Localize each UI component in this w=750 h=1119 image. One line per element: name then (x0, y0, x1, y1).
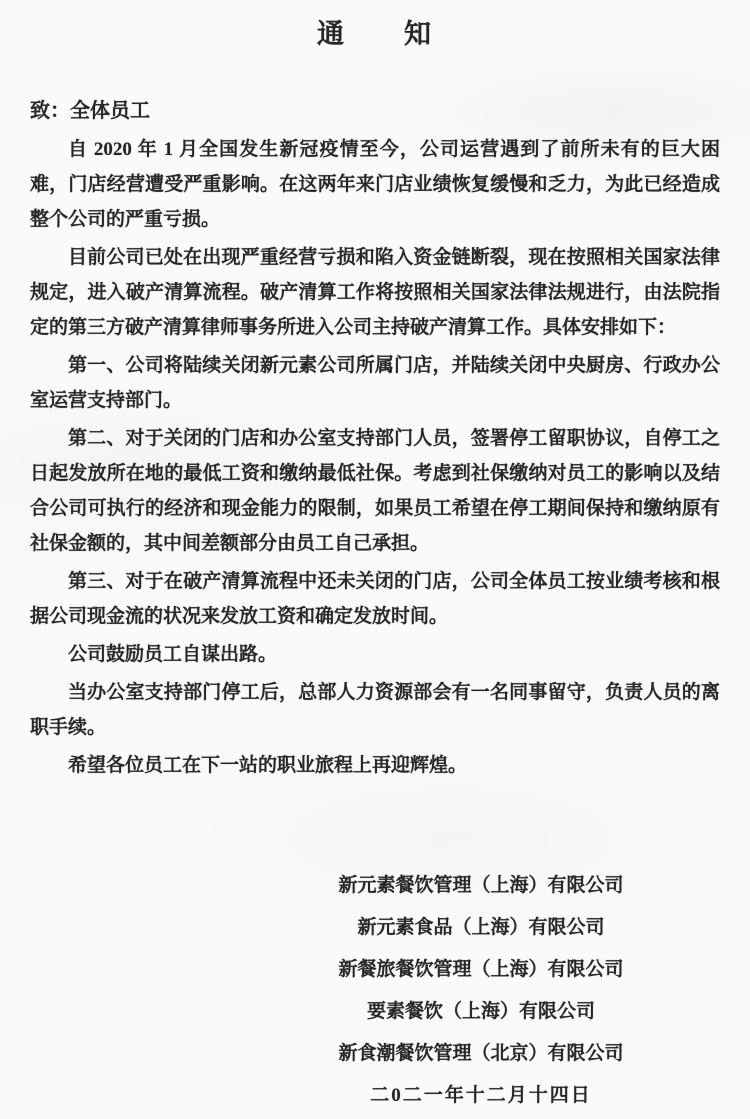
notice-document-page: 通 知 致：全体员工 自 2020 年 1 月全国发生新冠疫情至今，公司运营遇到… (0, 0, 750, 1119)
scanned-content: 通 知 致：全体员工 自 2020 年 1 月全国发生新冠疫情至今，公司运营遇到… (30, 0, 720, 1117)
notice-paragraph-3: 第一、公司将陆续关闭新元素公司所属门店，并陆续关闭中央厨房、行政办公室运营支持部… (30, 348, 720, 418)
notice-paragraph-7: 当办公室支持部门停工后，总部人力资源部会有一名同事留守，负责人员的离职手续。 (30, 675, 720, 745)
notice-paragraph-6: 公司鼓励员工自谋出路。 (30, 637, 720, 672)
notice-body: 自 2020 年 1 月全国发生新冠疫情至今，公司运营遇到了前所未有的巨大困难，… (30, 132, 720, 783)
notice-date: 二0二一年十二月十四日 (242, 1075, 720, 1117)
signatory-company-3: 新餐旅餐饮管理（上海）有限公司 (242, 949, 720, 991)
notice-title: 通 知 (30, 0, 720, 52)
signatory-company-5: 新食潮餐饮管理（北京）有限公司 (242, 1033, 720, 1075)
salutation-line: 致：全体员工 (30, 94, 720, 129)
notice-paragraph-1: 自 2020 年 1 月全国发生新冠疫情至今，公司运营遇到了前所未有的巨大困难，… (30, 132, 720, 237)
notice-paragraph-4: 第二、对于关闭的门店和办公室支持部门人员，签署停工留职协议，自停工之日起发放所在… (30, 421, 720, 561)
signatory-company-4: 要素餐饮（上海）有限公司 (242, 991, 720, 1033)
signature-block: 新元素餐饮管理（上海）有限公司 新元素食品（上海）有限公司 新餐旅餐饮管理（上海… (30, 865, 720, 1117)
signatory-company-2: 新元素食品（上海）有限公司 (242, 907, 720, 949)
notice-paragraph-2: 目前公司已处在出现严重经营亏损和陷入资金链断裂，现在按照相关国家法律规定，进入破… (30, 240, 720, 345)
notice-paragraph-8: 希望各位员工在下一站的职业旅程上再迎辉煌。 (30, 748, 720, 783)
signatory-company-1: 新元素餐饮管理（上海）有限公司 (242, 865, 720, 907)
notice-paragraph-5: 第三、对于在破产清算流程中还未关闭的门店，公司全体员工按业绩考核和根据公司现金流… (30, 564, 720, 634)
